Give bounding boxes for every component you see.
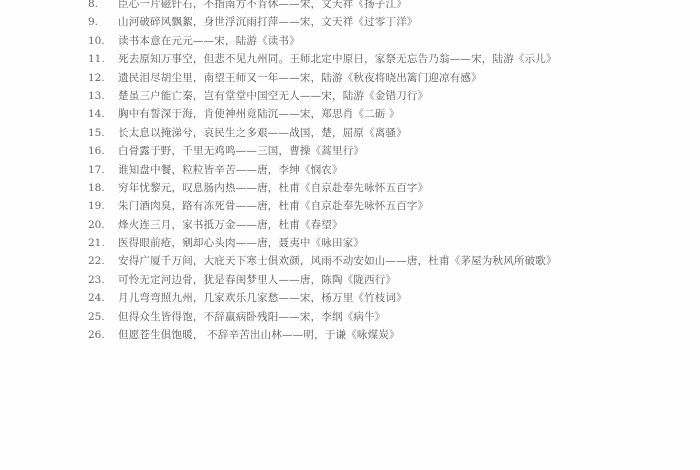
item-text: 遗民泪尽胡尘里，南望王师又一年——宋，陆游《秋夜将晓出篱门迎凉有感》 <box>118 69 482 87</box>
list-item: 18.穷年忧黎元，叹息肠内热——唐，杜甫《自京赴奉先咏怀五百字》 <box>88 179 557 197</box>
item-number: 13. <box>88 87 118 105</box>
list-item: 24.月儿弯弯照九州，几家欢乐几家愁——宋，杨万里《竹枝词》 <box>88 289 557 307</box>
item-number: 24. <box>88 289 118 307</box>
item-text: 死去原知万事空，但悲不见九州同。王师北定中原日，家祭无忘告乃翁——宋，陆游《示儿… <box>118 50 557 68</box>
list-item: 14.胸中有誓深于海，肯使神州竟陆沉——宋，郑思肖《二砺 》 <box>88 105 557 123</box>
item-text: 穷年忧黎元，叹息肠内热——唐，杜甫《自京赴奉先咏怀五百字》 <box>118 179 428 197</box>
list-item: 21.医得眼前疮，剜却心头肉——唐，聂夷中《咏田家》 <box>88 234 557 252</box>
quote-list: 8.臣心一片磁针石，不指南方不肯休——宋，文天祥《扬子江》 9.山河破碎风飘絮，… <box>88 0 557 344</box>
item-number: 9. <box>88 13 118 31</box>
item-number: 11. <box>88 50 118 68</box>
list-item: 16.白骨露于野，千里无鸡鸣——三国，曹操《蒿里行》 <box>88 142 557 160</box>
item-number: 18. <box>88 179 118 197</box>
item-text: 臣心一片磁针石，不指南方不肯休——宋，文天祥《扬子江》 <box>118 0 407 13</box>
item-text: 楚虽三户能亡秦，岂有堂堂中国空无人——宋，陆游《金错刀行》 <box>118 87 428 105</box>
item-number: 23. <box>88 271 118 289</box>
list-item: 19.朱门酒肉臭，路有冻死骨——唐，杜甫《自京赴奉先咏怀五百字》 <box>88 197 557 215</box>
item-text: 长太息以掩涕兮，哀民生之多艰——战国，楚，屈原《离骚》 <box>118 124 407 142</box>
list-item: 26.但愿苍生俱饱暖， 不辞辛苦出山林——明，于谦《咏煤炭》 <box>88 326 557 344</box>
item-text: 安得广厦千万间，大庇天下寒士俱欢颜，风雨不动安如山——唐，杜甫《茅屋为秋风所破歌… <box>118 252 557 270</box>
item-text: 可怜无定河边骨，犹是春闺梦里人——唐，陈陶《陇西行》 <box>118 271 396 289</box>
item-text: 但愿苍生俱饱暖， 不辞辛苦出山林——明，于谦《咏煤炭》 <box>118 326 400 344</box>
item-text: 月儿弯弯照九州，几家欢乐几家愁——宋，杨万里《竹枝词》 <box>118 289 407 307</box>
item-number: 8. <box>88 0 118 13</box>
item-text: 烽火连三月，家书抵万金——唐，杜甫《春望》 <box>118 216 343 234</box>
item-number: 17. <box>88 161 118 179</box>
list-item: 20.烽火连三月，家书抵万金——唐，杜甫《春望》 <box>88 216 557 234</box>
list-item: 8.臣心一片磁针石，不指南方不肯休——宋，文天祥《扬子江》 <box>88 0 557 13</box>
list-item: 17.谁知盘中餐，粒粒皆辛苦——唐，李绅《悯农》 <box>88 161 557 179</box>
item-number: 26. <box>88 326 118 344</box>
item-number: 22. <box>88 252 118 270</box>
item-text: 但得众生皆得饱，不辞羸病卧残阳——宋，李纲《病牛》 <box>118 308 386 326</box>
item-text: 读书本意在元元——宋，陆游《读书》 <box>118 32 300 50</box>
item-text: 朱门酒肉臭，路有冻死骨——唐，杜甫《自京赴奉先咏怀五百字》 <box>118 197 428 215</box>
item-number: 19. <box>88 197 118 215</box>
item-text: 医得眼前疮，剜却心头肉——唐，聂夷中《咏田家》 <box>118 234 364 252</box>
item-text: 谁知盘中餐，粒粒皆辛苦——唐，李绅《悯农》 <box>118 161 343 179</box>
list-item: 25.但得众生皆得饱，不辞羸病卧残阳——宋，李纲《病牛》 <box>88 308 557 326</box>
item-number: 12. <box>88 69 118 87</box>
list-item: 11.死去原知万事空，但悲不见九州同。王师北定中原日，家祭无忘告乃翁——宋，陆游… <box>88 50 557 68</box>
item-number: 10. <box>88 32 118 50</box>
item-number: 25. <box>88 308 118 326</box>
item-number: 16. <box>88 142 118 160</box>
item-number: 20. <box>88 216 118 234</box>
item-number: 15. <box>88 124 118 142</box>
list-item: 10.读书本意在元元——宋，陆游《读书》 <box>88 32 557 50</box>
list-item: 22.安得广厦千万间，大庇天下寒士俱欢颜，风雨不动安如山——唐，杜甫《茅屋为秋风… <box>88 252 557 270</box>
list-item: 23.可怜无定河边骨，犹是春闺梦里人——唐，陈陶《陇西行》 <box>88 271 557 289</box>
item-text: 胸中有誓深于海，肯使神州竟陆沉——宋，郑思肖《二砺 》 <box>118 105 400 123</box>
item-number: 14. <box>88 105 118 123</box>
list-item: 13.楚虽三户能亡秦，岂有堂堂中国空无人——宋，陆游《金错刀行》 <box>88 87 557 105</box>
list-item: 9.山河破碎风飘絮，身世浮沉雨打萍——宋，文天祥《过零丁洋》 <box>88 13 557 31</box>
document-page: 8.臣心一片磁针石，不指南方不肯休——宋，文天祥《扬子江》 9.山河破碎风飘絮，… <box>0 0 700 470</box>
item-number: 21. <box>88 234 118 252</box>
item-text: 山河破碎风飘絮，身世浮沉雨打萍——宋，文天祥《过零丁洋》 <box>118 13 418 31</box>
list-item: 15.长太息以掩涕兮，哀民生之多艰——战国，楚，屈原《离骚》 <box>88 124 557 142</box>
item-text: 白骨露于野，千里无鸡鸣——三国，曹操《蒿里行》 <box>118 142 364 160</box>
list-item: 12.遗民泪尽胡尘里，南望王师又一年——宋，陆游《秋夜将晓出篱门迎凉有感》 <box>88 69 557 87</box>
